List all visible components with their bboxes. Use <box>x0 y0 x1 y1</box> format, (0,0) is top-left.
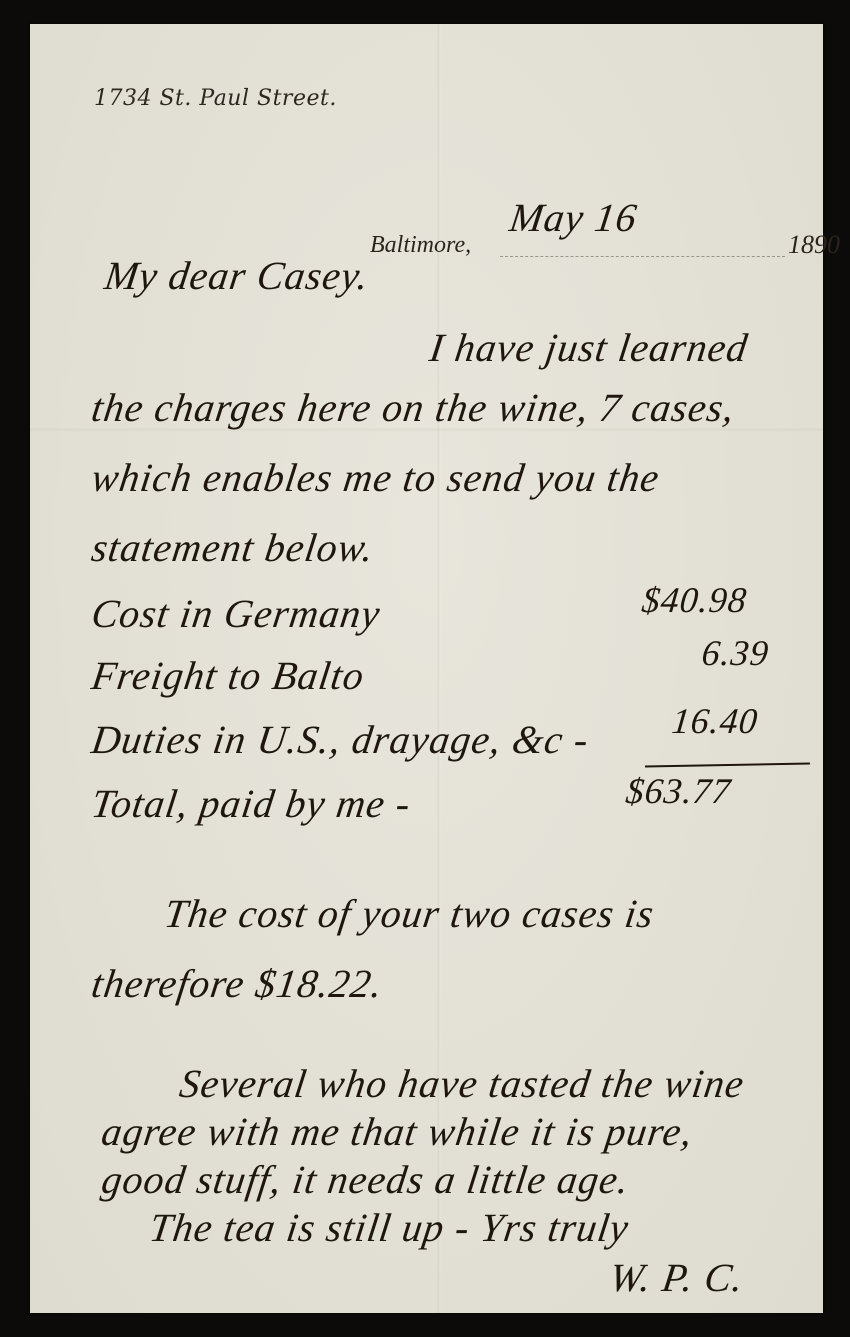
letterhead-address: 1734 St. Paul Street. <box>94 86 337 111</box>
statement-total-label: Total, paid by me - <box>89 780 414 827</box>
statement-item-amount: 16.40 <box>670 700 760 742</box>
statement-item-amount: $40.98 <box>640 579 749 621</box>
statement-total-amount: $63.77 <box>624 770 733 812</box>
dateline-rule <box>500 256 785 257</box>
body-line-2: the charges here on the wine, 7 cases, <box>89 384 738 431</box>
postscript-line-1: Several who have tasted the wine <box>177 1060 748 1107</box>
dateline-year: 1890 <box>788 230 840 260</box>
body-line-1: I have just learned <box>427 324 751 371</box>
postscript-line-3: good stuff, it needs a little age. <box>99 1156 633 1203</box>
body-line-4: statement below. <box>89 524 377 571</box>
salutation: My dear Casey. <box>102 252 373 299</box>
statement-item-label: Freight to Balto <box>89 652 368 699</box>
sum-rule <box>645 763 810 768</box>
statement-item-amount: 6.39 <box>700 632 771 674</box>
dateline-date: May 16 <box>507 194 641 241</box>
statement-item-label: Duties in U.S., drayage, &c - <box>89 716 592 763</box>
signature: W. P. C. <box>607 1254 747 1301</box>
postscript-line-4: The tea is still up - Yrs truly <box>147 1204 632 1251</box>
dateline-city: Baltimore, <box>370 232 471 259</box>
closing-line-2: therefore $18.22. <box>89 960 386 1007</box>
body-line-3: which enables me to send you the <box>89 454 663 501</box>
closing-line-1: The cost of your two cases is <box>162 890 658 937</box>
letter-paper: 1734 St. Paul Street. Baltimore, May 16 … <box>30 24 823 1313</box>
statement-item-label: Cost in Germany <box>89 590 384 637</box>
postscript-line-2: agree with me that while it is pure, <box>99 1108 696 1155</box>
